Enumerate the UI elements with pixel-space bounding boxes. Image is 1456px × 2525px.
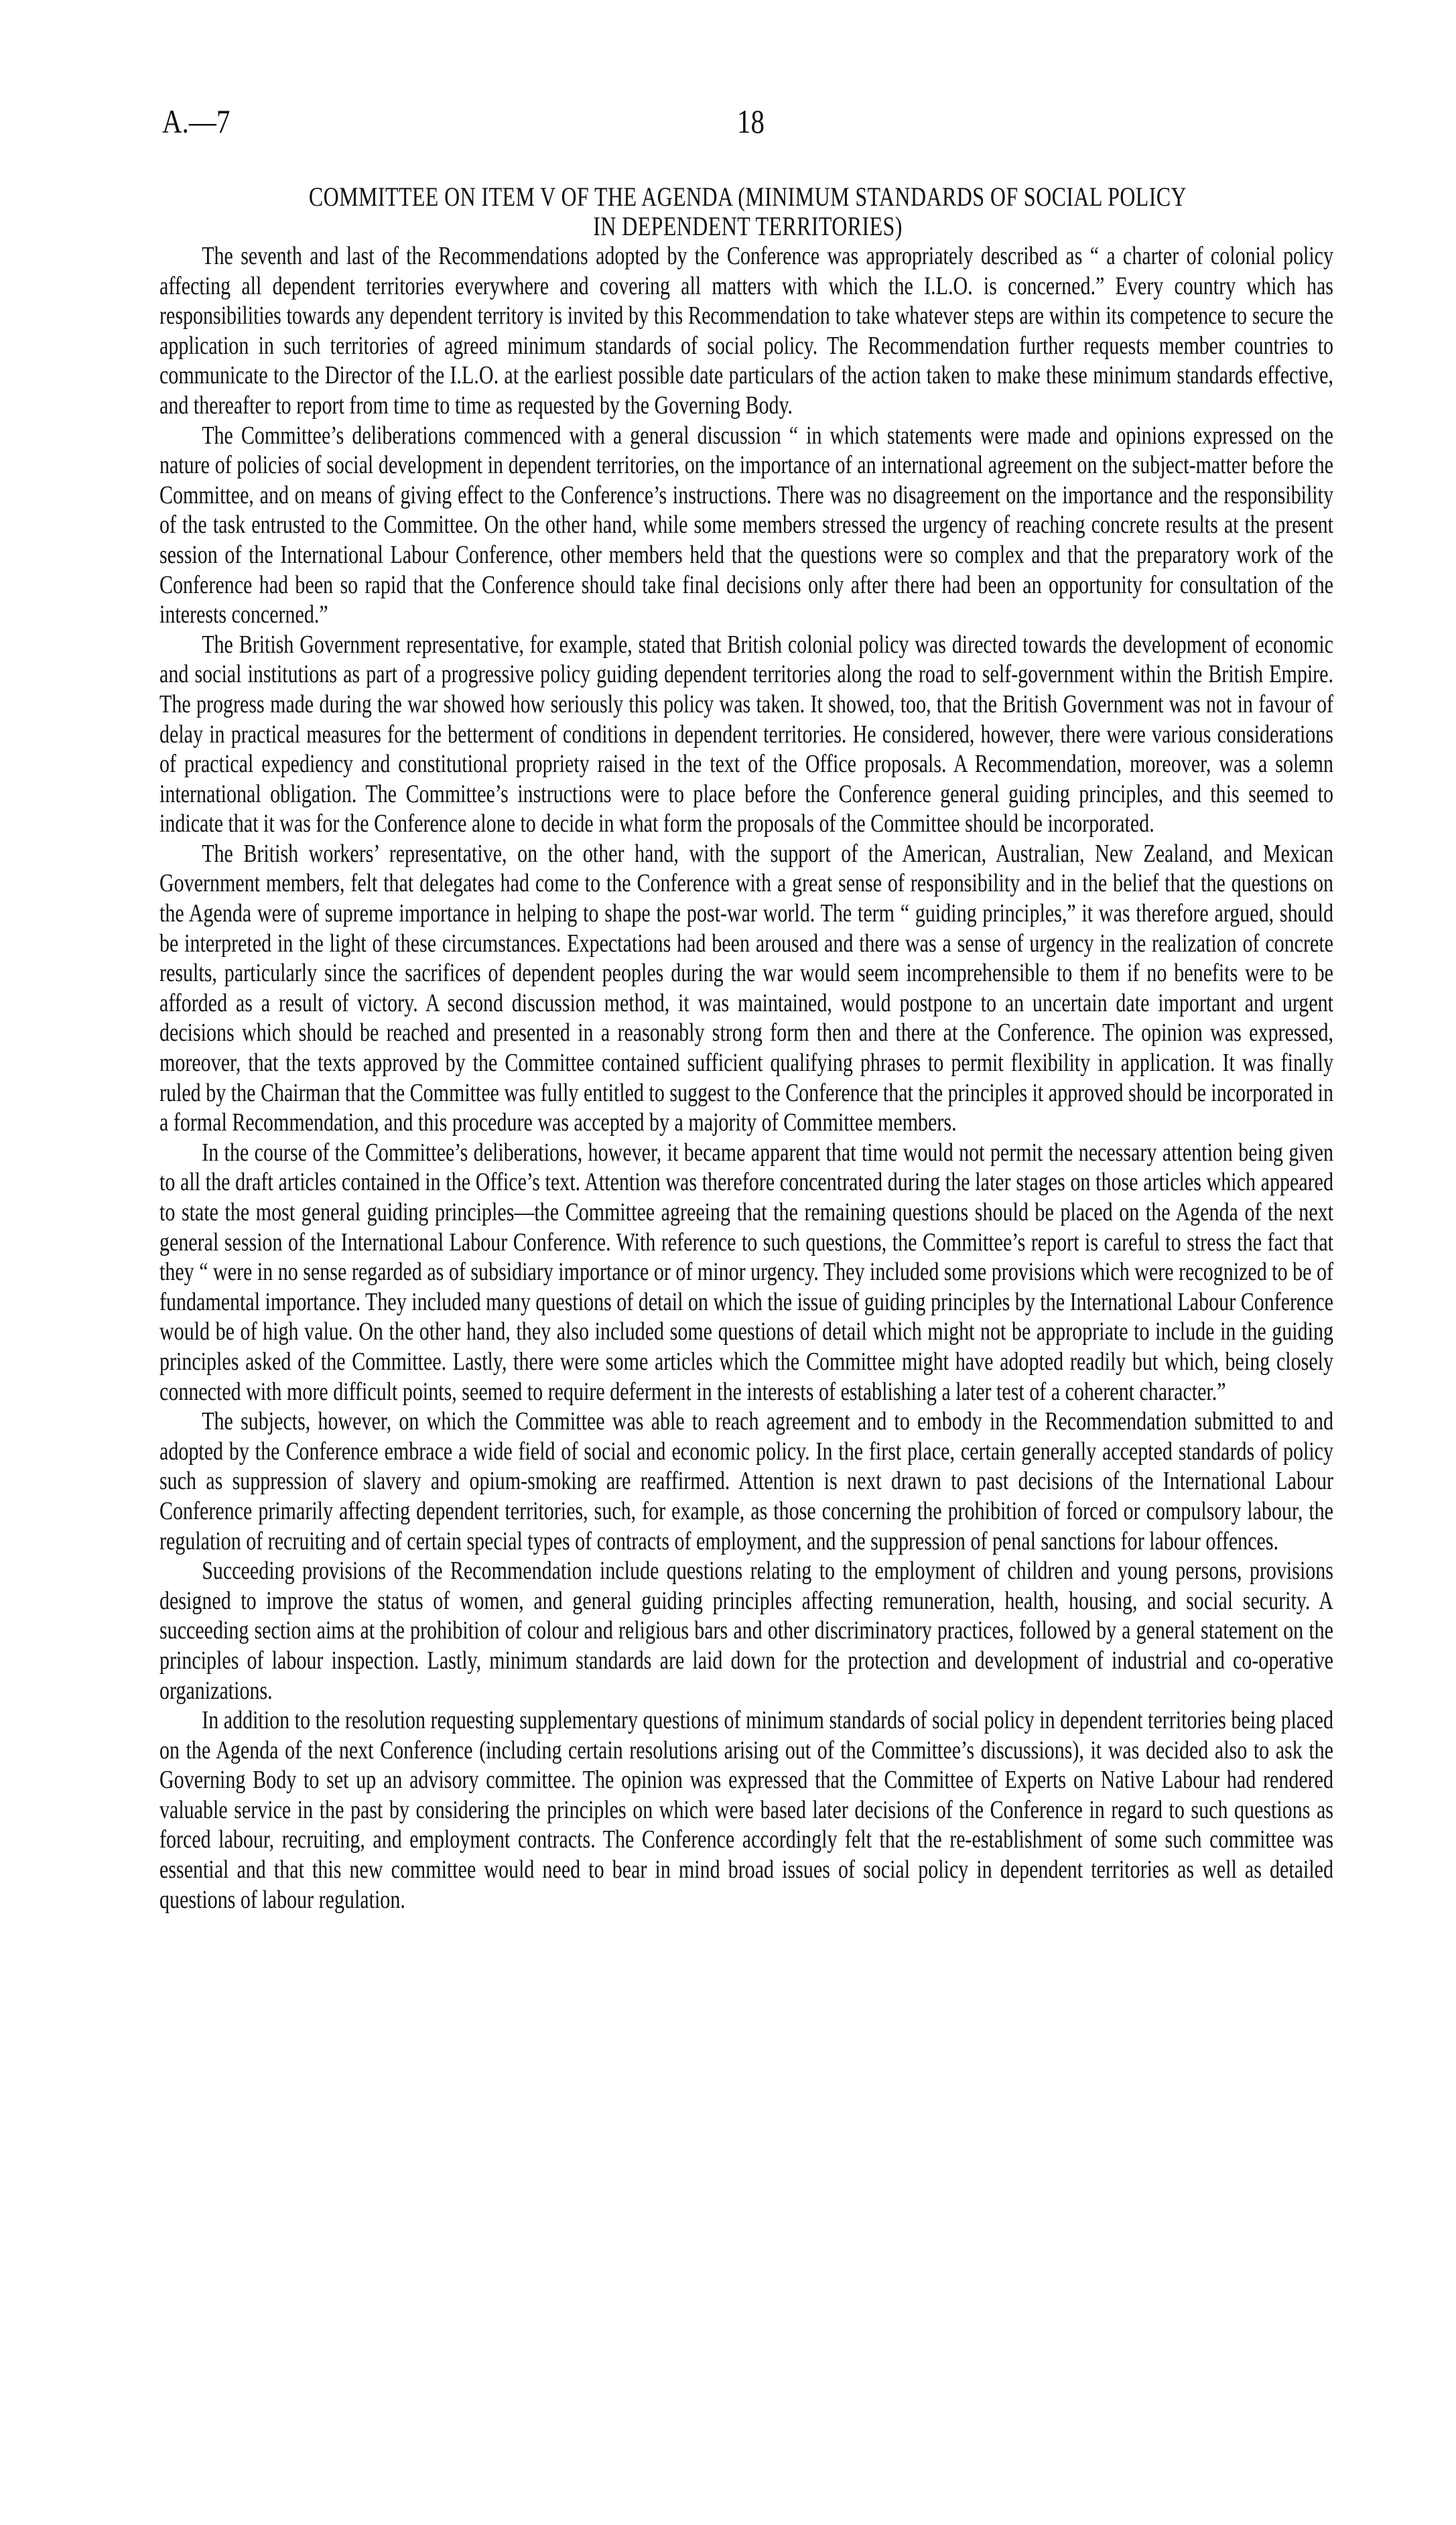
section-title-line-1: COMMITTEE ON ITEM V OF THE AGENDA (MINIM… — [278, 182, 1217, 212]
page-number: 18 — [737, 102, 765, 141]
paragraph-british-workers: The British workers’ representative, on … — [159, 839, 1333, 1138]
document-reference: A.—7 — [162, 102, 230, 141]
paragraph-course-of-deliberations: In the course of the Committee’s deliber… — [159, 1138, 1333, 1407]
paragraph-committee-deliberations: The Committee’s deliberations commenced … — [159, 421, 1333, 630]
paragraph-advisory-committee: In addition to the resolution requesting… — [159, 1705, 1333, 1915]
section-title: COMMITTEE ON ITEM V OF THE AGENDA (MINIM… — [161, 182, 1335, 241]
paragraph-british-government: The British Government representative, f… — [159, 630, 1333, 839]
paragraph-recommendation-intro: The seventh and last of the Recommendati… — [159, 241, 1333, 421]
document-page: A.—7 18 COMMITTEE ON ITEM V OF THE AGEND… — [0, 0, 1456, 2525]
paragraph-succeeding-provisions: Succeeding provisions of the Recommendat… — [159, 1556, 1333, 1705]
section-title-line-2: IN DEPENDENT TERRITORIES) — [278, 212, 1217, 241]
body-text: The seventh and last of the Recommendati… — [159, 241, 1333, 1915]
paragraph-subjects-agreed: The subjects, however, on which the Comm… — [159, 1407, 1333, 1556]
